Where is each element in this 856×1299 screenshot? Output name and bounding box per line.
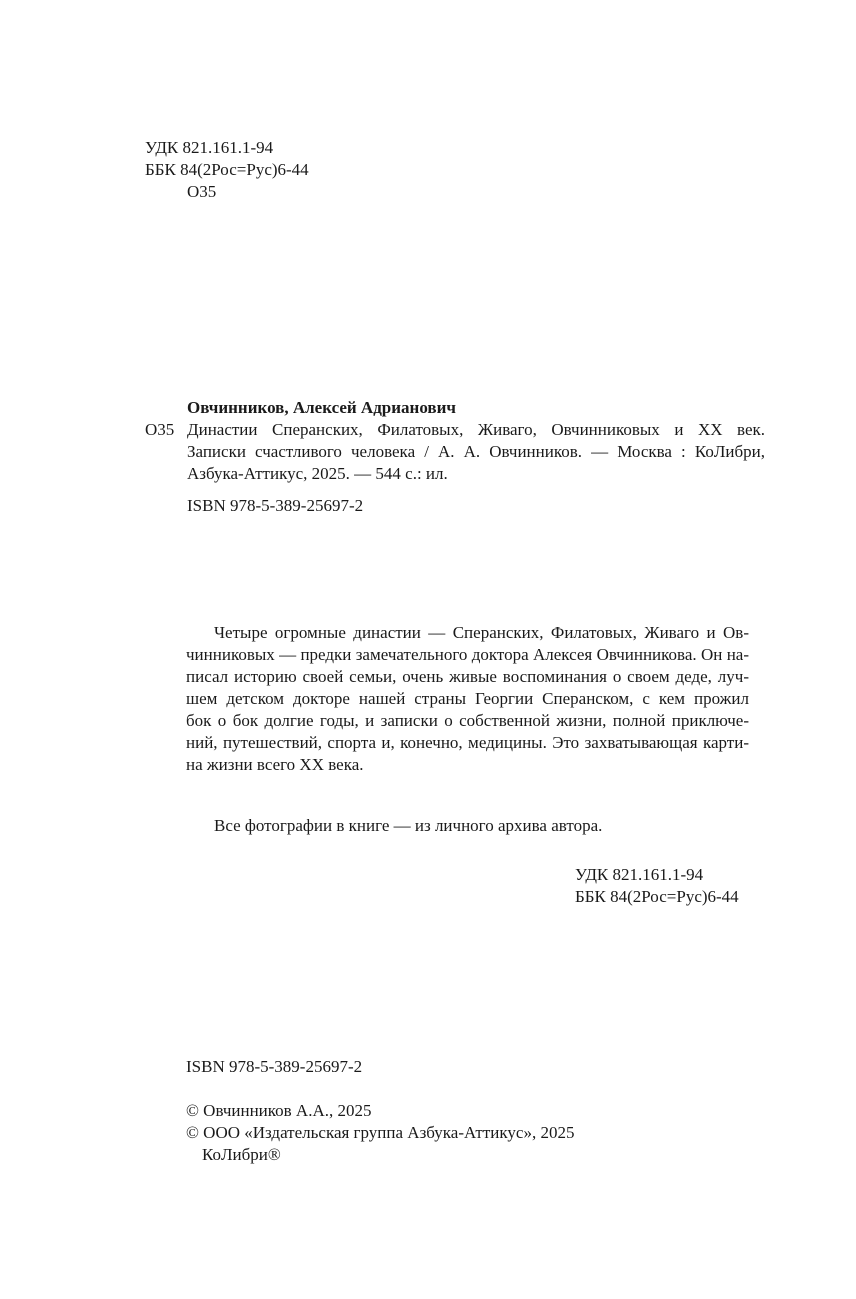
annotation-line: на жизни всего XX века.: [186, 754, 749, 776]
right-classification-block: УДК 821.161.1-94 ББК 84(2Рос=Рус)6-44: [575, 864, 739, 908]
top-classification-block: УДК 821.161.1-94 ББК 84(2Рос=Рус)6-44 О3…: [145, 137, 309, 203]
annotation-line: писал историю своей семьи, очень живые в…: [186, 666, 749, 688]
description-block: О35 Династии Сперанских, Филатовых, Жива…: [145, 419, 765, 485]
author-name: Овчинников, Алексей Адрианович: [145, 397, 765, 419]
annotation-paragraph: Четыре огромные династии — Сперанских, Ф…: [186, 622, 749, 776]
udk-code: УДК 821.161.1-94: [575, 864, 739, 886]
description-line: Записки счастливого человека / А. А. Овч…: [145, 441, 765, 463]
isbn: ISBN 978-5-389-25697-2: [186, 1056, 362, 1078]
annotation-line: шем детском докторе нашей страны Георгии…: [186, 688, 749, 710]
annotation-line: ний, путешествий, спорта и, конечно, мед…: [186, 732, 749, 754]
annotation-line: чинниковых — предки замечательного докто…: [186, 644, 749, 666]
annotation-line: бок о бок долгие годы, и записки о собст…: [186, 710, 749, 732]
description-line: Азбука-Аттикус, 2025. — 544 с.: ил.: [145, 463, 765, 485]
bbk-code: ББК 84(2Рос=Рус)6-44: [575, 886, 739, 908]
photos-note: Все фотографии в книге — из личного архи…: [214, 815, 602, 837]
record-isbn: ISBN 978-5-389-25697-2: [145, 495, 765, 517]
imprint-name: КоЛибри®: [186, 1144, 574, 1166]
copyright-block: © Овчинников А.А., 2025 © ООО «Издательс…: [186, 1100, 574, 1166]
annotation-line: Четыре огромные династии — Сперанских, Ф…: [186, 622, 749, 644]
record-author-mark: О35: [145, 419, 174, 441]
bbk-code: ББК 84(2Рос=Рус)6-44: [145, 159, 309, 181]
author-mark: О35: [145, 181, 309, 203]
copyright-publisher: © ООО «Издательская группа Азбука-Аттику…: [186, 1122, 574, 1144]
copyright-author: © Овчинников А.А., 2025: [186, 1100, 574, 1122]
bibliographic-record: Овчинников, Алексей Адрианович О35 Динас…: [145, 397, 765, 517]
udk-code: УДК 821.161.1-94: [145, 137, 309, 159]
description-line: Династии Сперанских, Филатовых, Живаго, …: [145, 419, 765, 441]
